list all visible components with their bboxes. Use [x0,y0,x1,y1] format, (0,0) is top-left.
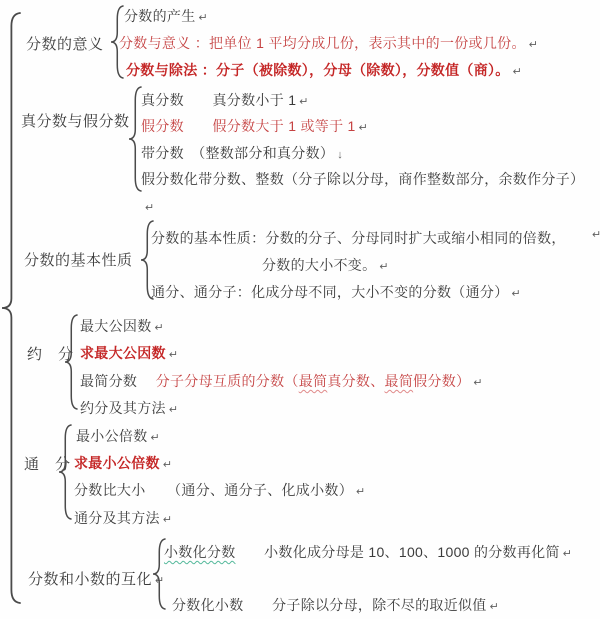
branch-label-meaning: 分数的意义 [26,33,104,54]
tree-line: 分数比大小 （通分、通分子、化成小数）↵ [74,480,365,500]
curly-brace-icon [128,86,142,192]
tree-line: 分数化小数 分子除以分母，除不尽的取近似值↵ [172,595,499,615]
text-segment: 约分及其方法 [80,400,166,416]
tree-line: 小数化分数 小数化成分母是 10、100、1000 的分数再化简↵ [164,542,572,562]
text-segment: 求最大公因数 [80,345,166,361]
return-mark-icon: ↵ [563,548,572,560]
return-mark-icon: ↵ [513,66,522,78]
text-segment: 分数与除法 ：分子（被除数），分母（除数），分数值（商）。 [126,62,510,78]
down-arrow-icon: ↓ [337,149,343,161]
text-segment: 最小公倍数 [76,428,148,444]
fraction-knowledge-map: 分数的意义 分数的产生↵ 分数与意义 ：把单位 1 平均分成几份，表示其中的一份… [0,0,600,619]
return-mark-icon: ↵ [490,601,499,613]
text-segment: 通分及其方法 [74,510,160,526]
return-mark-icon: ↵ [592,228,600,241]
tree-line: 分数的大小不变。↵ [262,255,389,275]
text-segment: 带分数 （整数部分和真分数） [141,145,334,161]
curly-brace-icon [64,314,78,410]
text-segment: 真分数、 [327,373,384,389]
text-segment: 通分、通分子：化成分母不同，大小不变的分数（通分） [151,284,509,300]
root-curly-brace-icon [1,12,21,604]
text-segment: 分数比大小 （通分、通分子、化成小数） [74,482,353,498]
text-segment: 最简 [299,373,328,389]
tree-line: 通分、通分子：化成分母不同，大小不变的分数（通分）↵ [151,282,521,302]
text-segment: 小数化分数 [164,544,236,560]
text-segment: 分数的产生 [124,8,196,24]
tree-line: 假分数 假分数大于 1 或等于 1↵ [141,116,368,136]
return-mark-icon: ↵ [299,96,308,108]
text-segment: 分数的基本性质：分数的分子、分母同时扩大或缩小相同的倍数， [151,230,566,246]
tree-line: 真分数 真分数小于 1↵ [141,90,309,110]
return-mark-icon: ↵ [155,322,164,334]
tree-line: 求最小公倍数↵ [74,453,172,473]
text-segment: 最简 [385,373,414,389]
branch-label-conversion: 分数和小数的互化↵ [28,568,164,589]
return-mark-icon: ↵ [163,459,172,471]
text-segment: 最简分数 [80,373,156,389]
text-segment: 假分数 假分数大于 1 或等于 1 [141,118,356,134]
tree-line: 分数与除法 ：分子（被除数），分母（除数），分数值（商）。↵ [126,60,522,80]
tree-line: ↵ [145,198,154,214]
return-mark-icon: ↵ [169,349,178,361]
tree-line: 分数的产生↵ [124,6,208,26]
return-mark-icon: ↵ [473,377,482,389]
branch-label-basic-property: 分数的基本性质 [24,249,133,270]
return-mark-icon: ↵ [359,122,368,134]
return-mark-icon: ↵ [163,514,172,526]
return-mark-icon: ↵ [379,261,388,273]
tree-line: 假分数化带分数、整数（分子除以分母，商作整数部分，余数作分子） [141,169,584,189]
text-segment: 假分数化带分数、整数（分子除以分母，商作整数部分，余数作分子） [141,171,584,187]
return-mark-icon: ↵ [151,432,160,444]
tree-line: 带分数 （整数部分和真分数）↓ [141,143,343,163]
text-segment: 求最小公倍数 [74,455,160,471]
return-mark-icon: ↵ [512,288,521,300]
return-mark-icon: ↵ [529,39,538,51]
tree-line: 约分及其方法↵ [80,398,178,418]
text-segment: 分数化小数 分子除以分母，除不尽的取近似值 [172,597,487,613]
text-segment: 分数与意义 ：把单位 1 平均分成几份，表示其中的一份或几份。 [119,35,526,51]
text-segment: 分子分母互质的分数（ [156,373,299,389]
return-mark-icon: ↵ [199,12,208,24]
branch-label-proper-improper: 真分数与假分数 [21,110,130,131]
tree-line: 分数与意义 ：把单位 1 平均分成几份，表示其中的一份或几份。↵ [119,33,538,53]
tree-line: 最小公倍数↵ [76,426,160,446]
tree-line: 分数的基本性质：分数的分子、分母同时扩大或缩小相同的倍数，↵ [151,228,566,248]
text-segment: 真分数 真分数小于 1 [141,92,296,108]
return-mark-icon: ↵ [145,202,154,214]
text-segment: 假分数） [413,373,470,389]
curly-brace-icon [58,424,72,520]
text-segment: 分数的大小不变。 [262,257,376,273]
text-segment: 最大公因数 [80,318,152,334]
return-mark-icon: ↵ [356,486,365,498]
tree-line: 最简分数 分子分母互质的分数（最简真分数、最简假分数）↵ [80,371,483,391]
tree-line: 通分及其方法↵ [74,508,172,528]
return-mark-icon: ↵ [169,404,178,416]
tree-line: 求最大公因数↵ [80,343,178,363]
text-segment: 小数化成分母是 10、100、1000 的分数再化简 [236,544,560,560]
tree-line: 最大公因数↵ [80,316,164,336]
branch-label-text: 分数和小数的互化 [28,571,152,588]
